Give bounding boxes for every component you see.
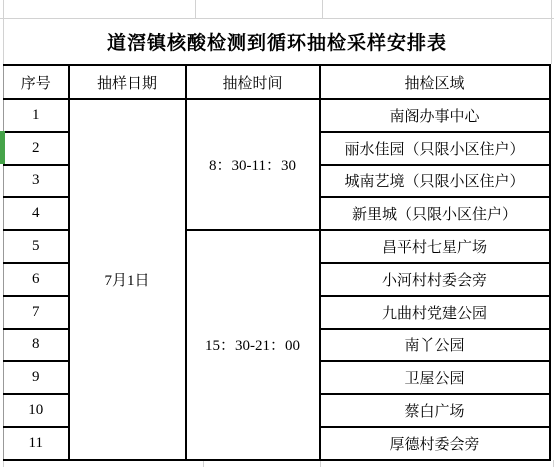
cell-serial-2[interactable]: 2 bbox=[4, 132, 69, 165]
cell-area-9[interactable]: 卫屋公园 bbox=[320, 361, 550, 394]
gridline bbox=[195, 0, 196, 18]
cell-serial-1[interactable]: 1 bbox=[4, 99, 69, 132]
cell-area-8[interactable]: 南丫公园 bbox=[320, 329, 550, 362]
cell-serial-6[interactable]: 6 bbox=[4, 263, 69, 296]
cell-serial-9[interactable]: 9 bbox=[4, 361, 69, 394]
header-area[interactable]: 抽检区域 bbox=[320, 65, 550, 99]
gridline bbox=[322, 0, 323, 18]
header-date[interactable]: 抽样日期 bbox=[69, 65, 186, 99]
page-title[interactable]: 道滘镇核酸检测到循环抽检采样安排表 bbox=[4, 19, 550, 64]
cell-serial-4[interactable]: 4 bbox=[4, 197, 69, 230]
cell-area-4[interactable]: 新里城（只限小区住户） bbox=[320, 197, 550, 230]
cell-area-2[interactable]: 丽水佳园（只限小区住户） bbox=[320, 132, 550, 165]
cell-serial-11[interactable]: 11 bbox=[4, 427, 69, 460]
cell-date[interactable]: 7月1日 bbox=[69, 99, 186, 460]
cell-area-3[interactable]: 城南艺境（只限小区住户） bbox=[320, 165, 550, 198]
cell-time-morning[interactable]: 8：30-11：30 bbox=[186, 99, 320, 230]
cell-area-11[interactable]: 厚德村委会旁 bbox=[320, 427, 550, 460]
sampling-schedule-table: 序号 抽样日期 抽检时间 抽检区域 1 7月1日 8：30-11：30 南阁办事… bbox=[3, 64, 551, 461]
gridline bbox=[320, 460, 321, 467]
cell-serial-5[interactable]: 5 bbox=[4, 230, 69, 263]
table-row: 1 7月1日 8：30-11：30 南阁办事中心 bbox=[4, 99, 550, 132]
header-serial[interactable]: 序号 bbox=[4, 65, 69, 99]
cell-serial-10[interactable]: 10 bbox=[4, 394, 69, 427]
gridline bbox=[551, 0, 552, 64]
cell-serial-8[interactable]: 8 bbox=[4, 329, 69, 362]
cell-area-5[interactable]: 昌平村七星广场 bbox=[320, 230, 550, 263]
cell-serial-7[interactable]: 7 bbox=[4, 296, 69, 329]
cell-time-afternoon[interactable]: 15：30-21：00 bbox=[186, 230, 320, 460]
cell-serial-3[interactable]: 3 bbox=[4, 165, 69, 198]
spreadsheet-view: 道滘镇核酸检测到循环抽检采样安排表 序号 抽样日期 抽检时间 抽检区域 1 7月… bbox=[0, 0, 554, 467]
cell-area-6[interactable]: 小河村村委会旁 bbox=[320, 263, 550, 296]
header-row: 序号 抽样日期 抽检时间 抽检区域 bbox=[4, 65, 550, 99]
selection-indicator bbox=[0, 131, 5, 164]
cell-area-7[interactable]: 九曲村党建公园 bbox=[320, 296, 550, 329]
gridline bbox=[3, 460, 4, 467]
header-time[interactable]: 抽检时间 bbox=[186, 65, 320, 99]
gridline bbox=[203, 460, 204, 467]
cell-area-1[interactable]: 南阁办事中心 bbox=[320, 99, 550, 132]
cell-area-10[interactable]: 蔡白广场 bbox=[320, 394, 550, 427]
